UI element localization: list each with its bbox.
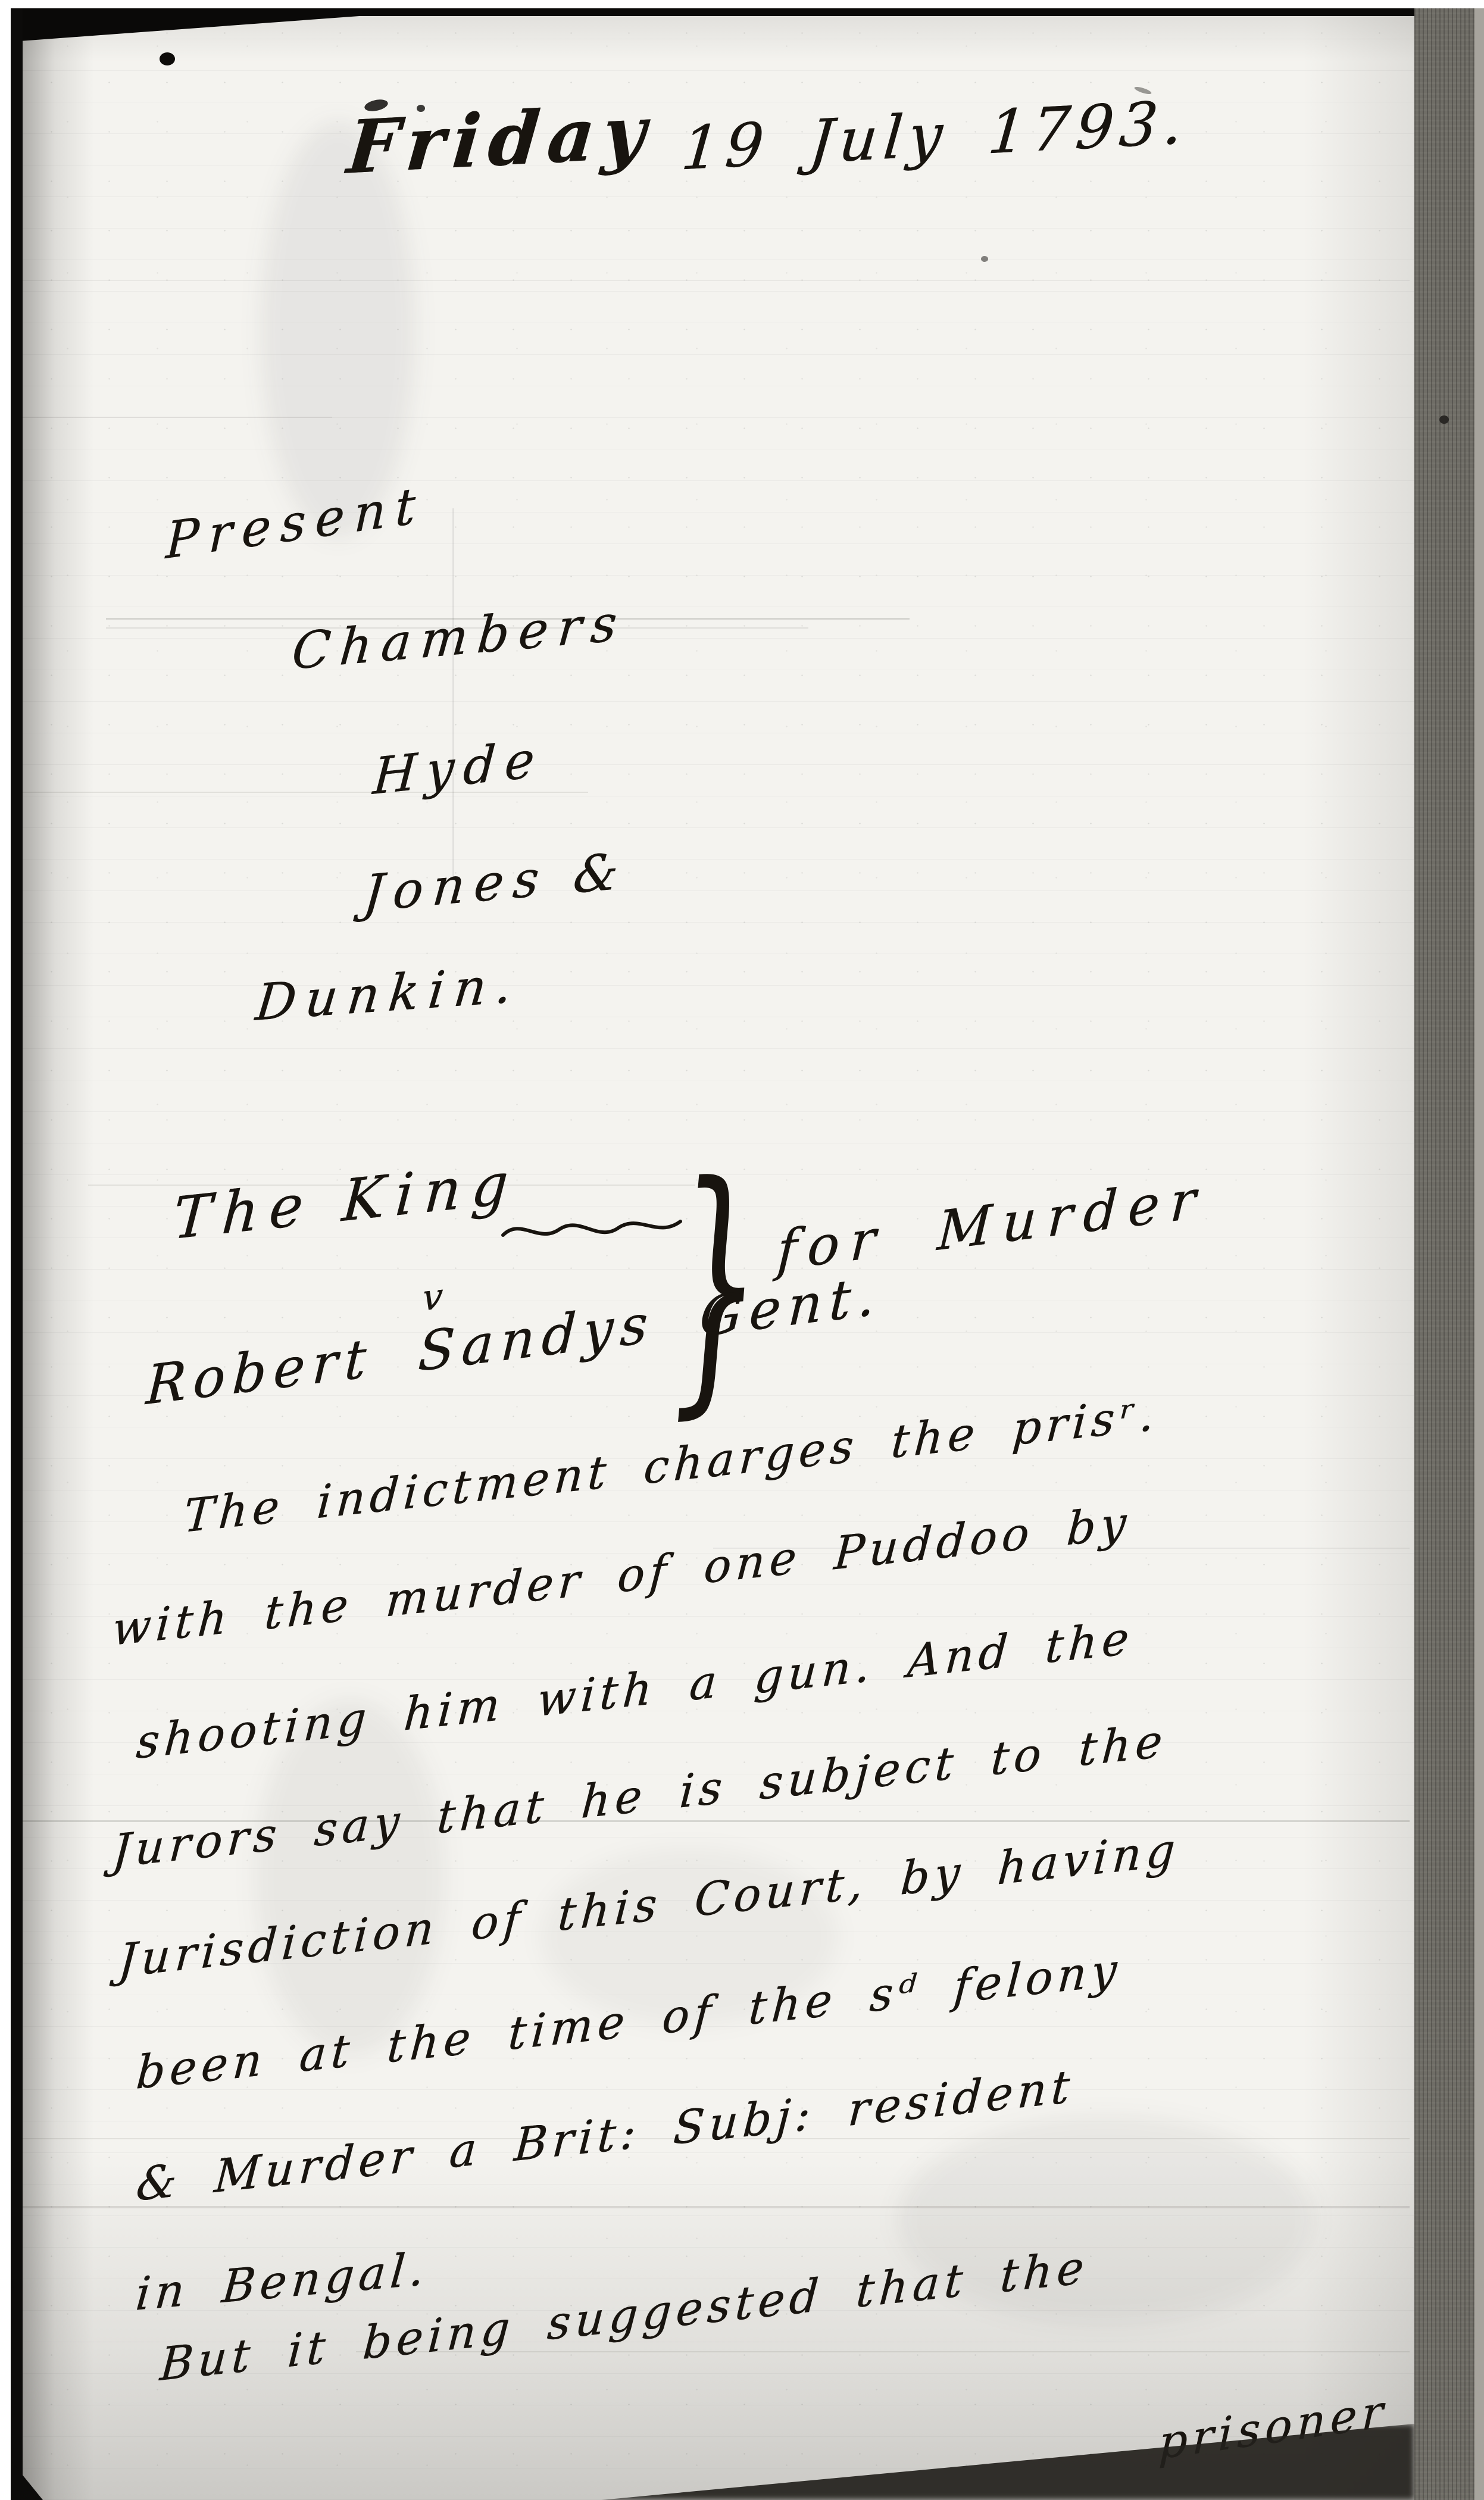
left-scan-border [11, 8, 23, 2500]
manuscript-page: Friday 19 July 1793. Present Chambers Hy… [23, 8, 1414, 2500]
case-charge: for Murder [776, 1169, 1208, 1282]
case-plaintiff: The King [171, 1151, 521, 1251]
flourish-line [503, 1208, 682, 1250]
heading-date: 19 July 1793. [679, 89, 1191, 182]
edge-speck [1439, 415, 1449, 424]
body-line: in Bengal. [134, 2243, 431, 2320]
scanned-manuscript: Friday 19 July 1793. Present Chambers Hy… [0, 0, 1484, 2500]
case-versus: v [421, 1276, 445, 1318]
fold-crease [452, 508, 454, 877]
present-label: Present [165, 477, 426, 569]
judge-chambers: Chambers [290, 595, 629, 680]
ink-blot [160, 52, 175, 65]
outer-edge-strip [1474, 8, 1484, 2500]
judge-dunkin: Dunkin. [253, 957, 524, 1030]
judge-hyde: Hyde [371, 731, 545, 805]
scan-line [23, 280, 1410, 281]
case-defendant: Robert Sandys Gent. [145, 1265, 883, 1415]
binding-shadow [23, 8, 94, 2500]
heading-day: Friday [344, 91, 657, 187]
scan-line [23, 2206, 1410, 2208]
judge-jones: Jones & [361, 843, 630, 921]
ink-blot [981, 256, 988, 262]
page-edge-band [1414, 8, 1474, 2500]
